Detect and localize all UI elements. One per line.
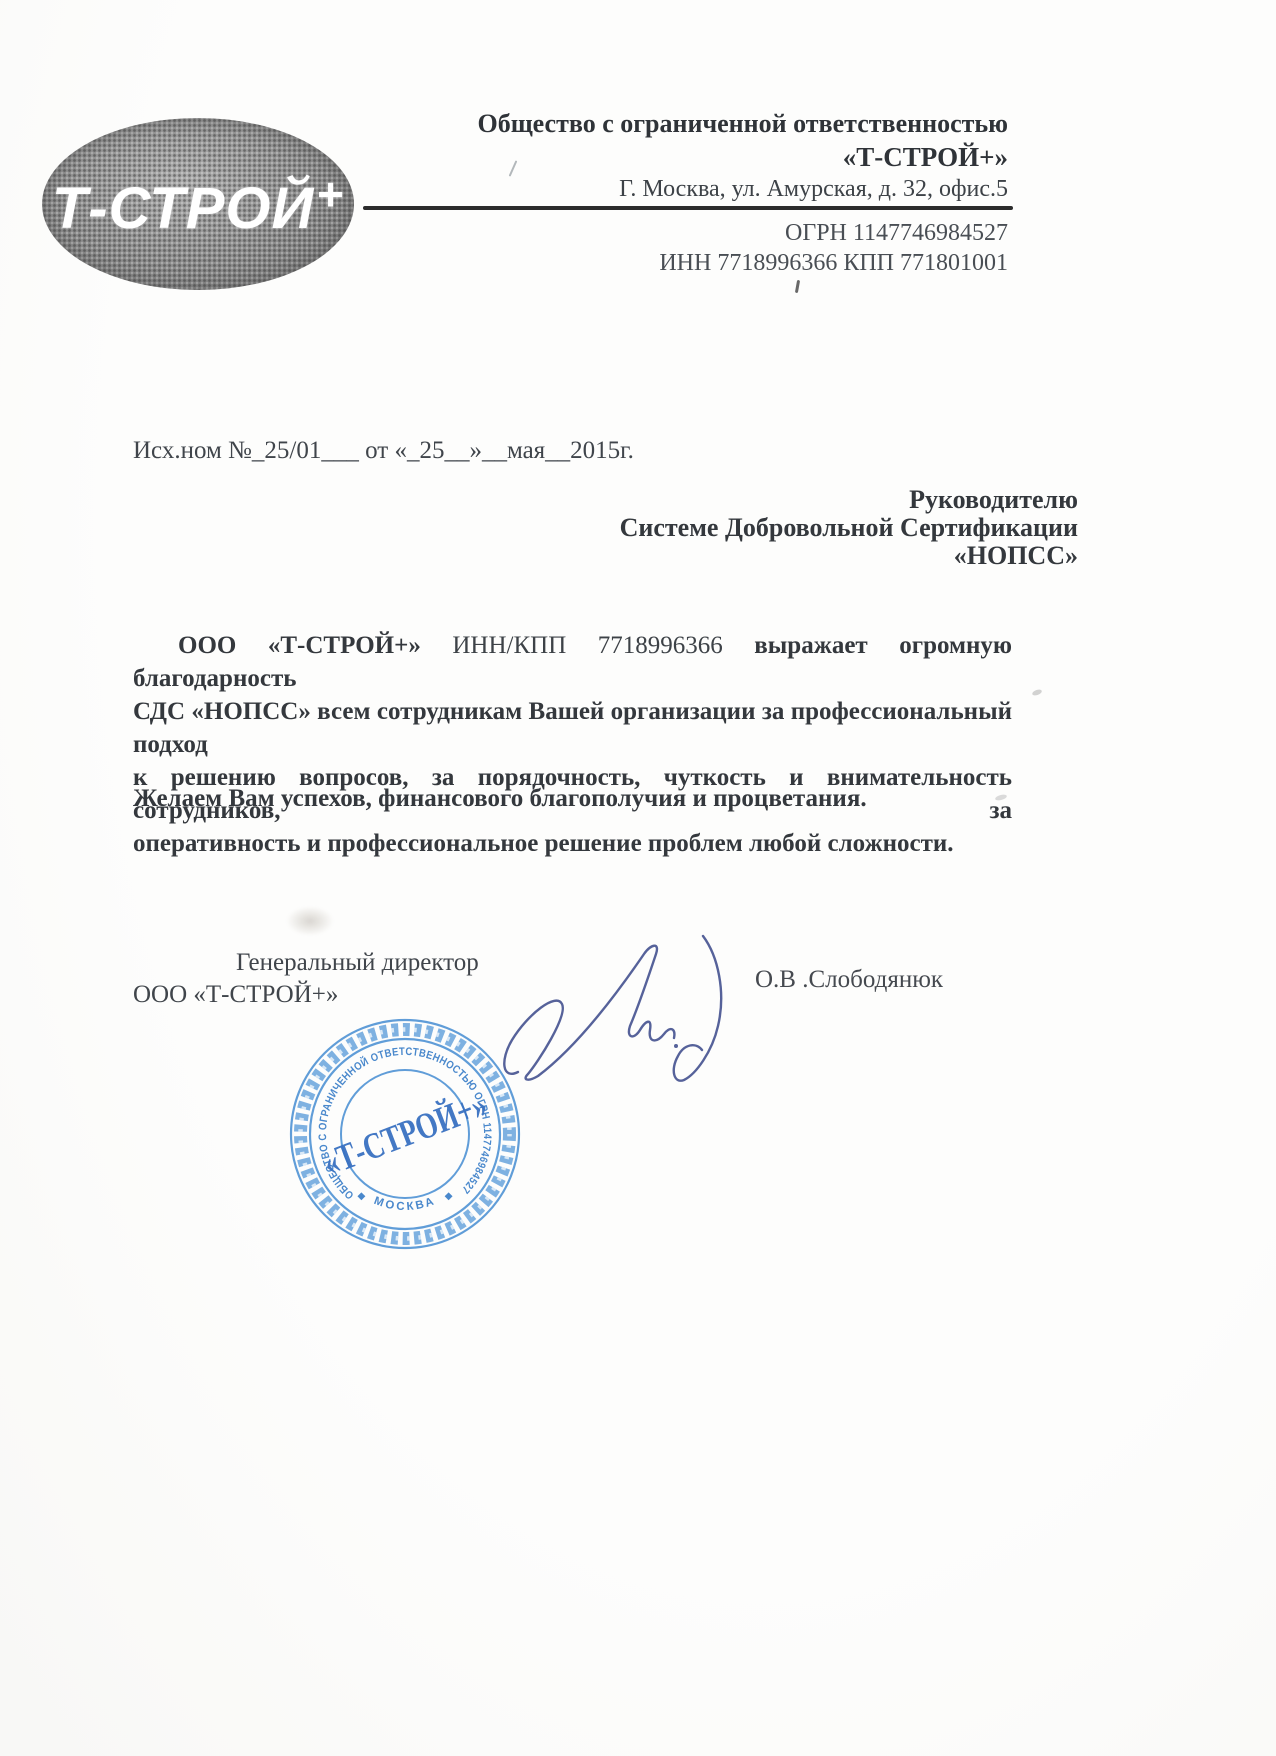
company-name-line: «Т-СТРОЙ+» bbox=[330, 140, 1008, 174]
signature-stroke-flourish bbox=[674, 936, 721, 1081]
addressee-line-3: «НОПСС» bbox=[400, 542, 1078, 570]
reference-number-line: Исх.ном №_25/01___ от «_25__»__мая__2015… bbox=[133, 437, 634, 465]
wishes-line: Желаем Вам успехов, финансового благопол… bbox=[133, 785, 867, 813]
signer-name: О.В .Слободянюк bbox=[755, 966, 943, 994]
logo-text: Т-СТРОЙ bbox=[52, 176, 314, 241]
company-ogrn-line: ОГРН 1147746984527 bbox=[330, 218, 1008, 248]
letter-body: ООО «Т-СТРОЙ+» ИНН/КПП 7718996366 выража… bbox=[133, 629, 1012, 860]
body-line-4: оперативность и профессиональное решение… bbox=[133, 827, 1012, 860]
addressee-block: Руководителю Системе Добровольной Сертиф… bbox=[400, 486, 1078, 570]
addressee-line-2: Системе Добровольной Сертификации bbox=[400, 514, 1078, 542]
signature-ink-dot bbox=[674, 1044, 678, 1048]
scan-artifact-smudge bbox=[286, 906, 334, 936]
signature-stroke-main bbox=[504, 946, 674, 1080]
body-line-1-bold: ООО «Т-СТРОЙ+» bbox=[178, 632, 421, 659]
letterhead: Общество с ограниченной ответственностью… bbox=[330, 107, 1008, 278]
company-address-line: Г. Москва, ул. Амурская, д. 32, офис.5 bbox=[330, 174, 1008, 205]
scan-artifact-mark bbox=[795, 280, 800, 293]
stamp-diamond-right bbox=[445, 1192, 453, 1200]
signer-title: Генеральный директор bbox=[236, 949, 479, 977]
stamp-center-text: «Т-СТРОЙ+» bbox=[317, 1084, 493, 1185]
body-line-2: СДС «НОПСС» всем сотрудникам Вашей орган… bbox=[133, 695, 1012, 761]
signer-organization: ООО «Т-СТРОЙ+» bbox=[133, 981, 338, 1009]
company-type-line: Общество с ограниченной ответственностью bbox=[330, 107, 1008, 140]
body-line-1: ООО «Т-СТРОЙ+» ИНН/КПП 7718996366 выража… bbox=[133, 629, 1012, 695]
company-inn-kpp-line: ИНН 7718996366 КПП 771801001 bbox=[330, 248, 1008, 278]
addressee-line-1: Руководителю bbox=[400, 486, 1078, 514]
company-stamp: ОБЩЕСТВО С ОГРАНИЧЕННОЙ ОТВЕТСТВЕННОСТЬЮ… bbox=[287, 1016, 523, 1252]
body-line-1-regular: ИНН/КПП 7718996366 bbox=[452, 632, 722, 659]
stamp-diamond-left bbox=[357, 1192, 365, 1200]
logo-wordmark: Т-СТРОЙ+ bbox=[52, 167, 344, 242]
handwritten-signature bbox=[498, 922, 748, 1097]
letterhead-divider bbox=[363, 206, 1013, 210]
scan-artifact-dot-1 bbox=[1031, 688, 1042, 696]
company-logo: Т-СТРОЙ+ bbox=[42, 118, 354, 290]
scanned-letter-page: Т-СТРОЙ+ Общество с ограниченной ответст… bbox=[0, 0, 1276, 1756]
